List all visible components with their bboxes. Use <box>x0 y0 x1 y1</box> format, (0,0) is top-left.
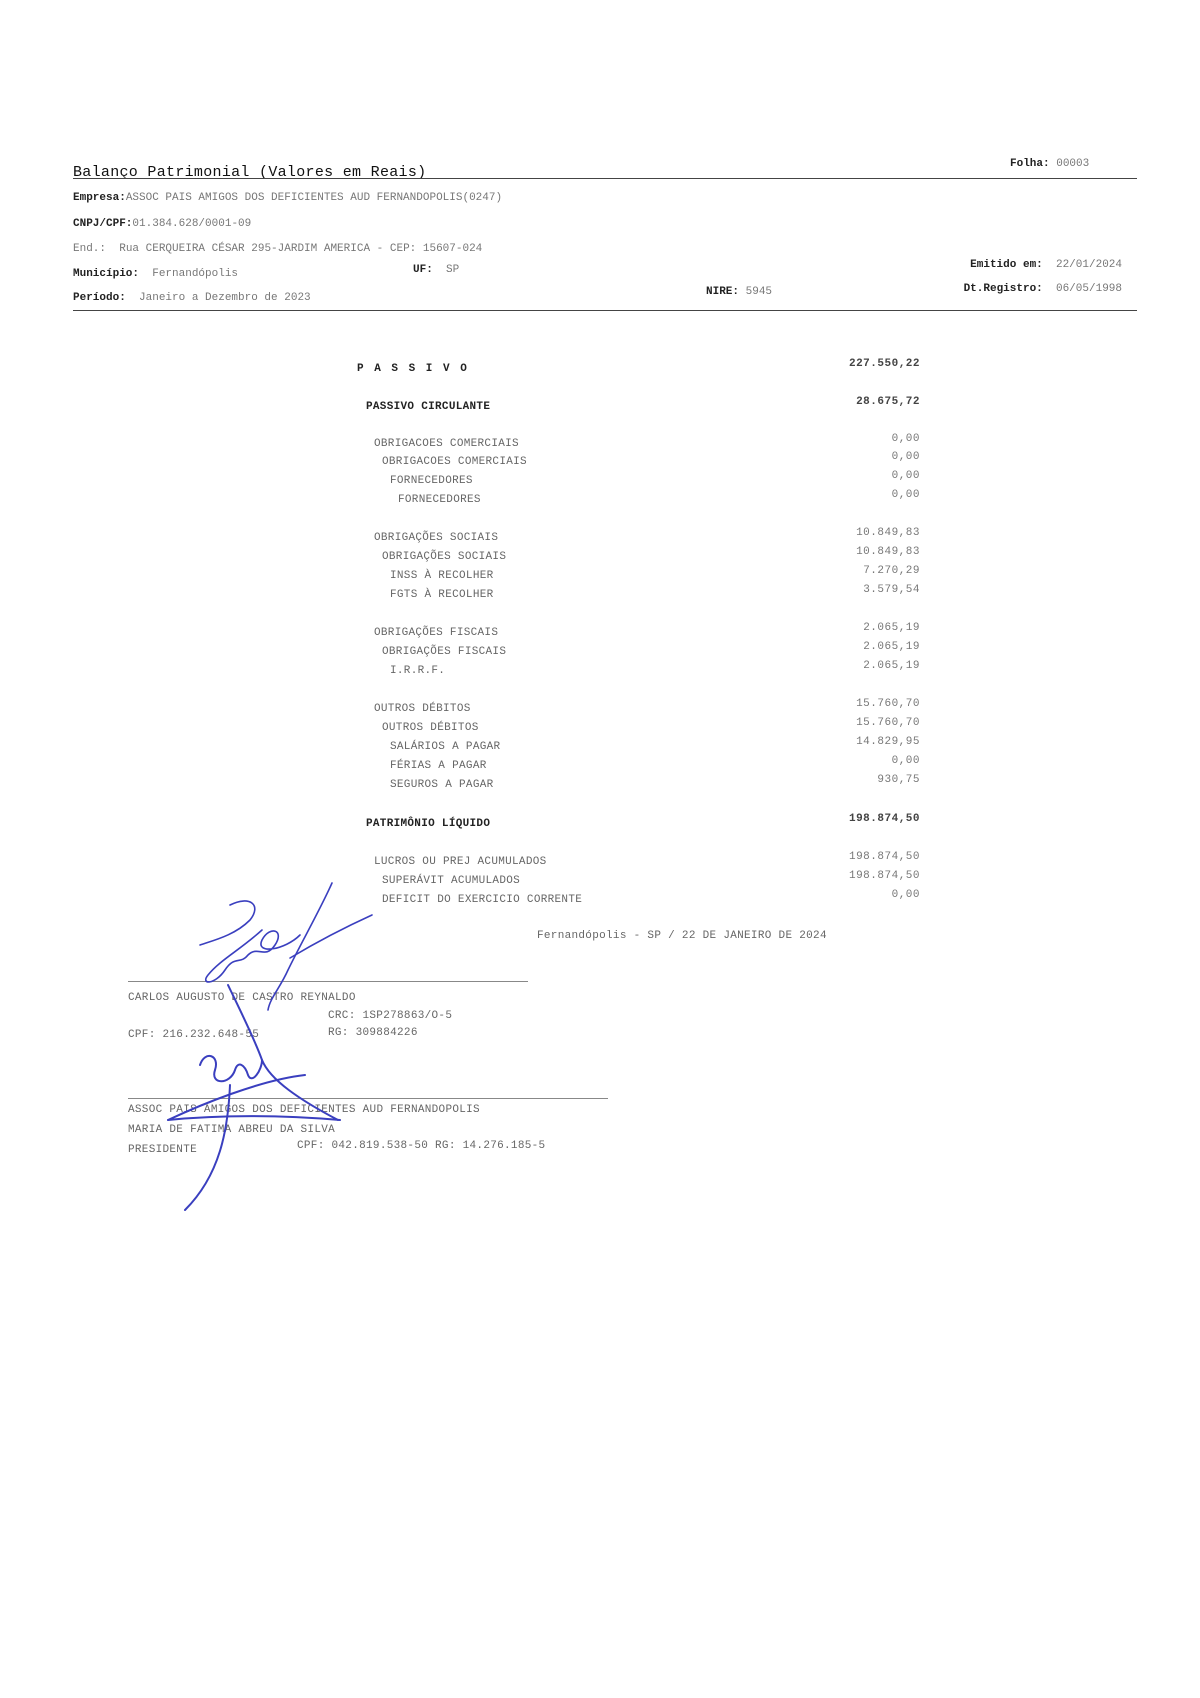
president-signature-icon <box>168 985 340 1210</box>
handwritten-signatures <box>0 0 1200 1698</box>
accountant-signature-icon <box>200 883 372 1010</box>
